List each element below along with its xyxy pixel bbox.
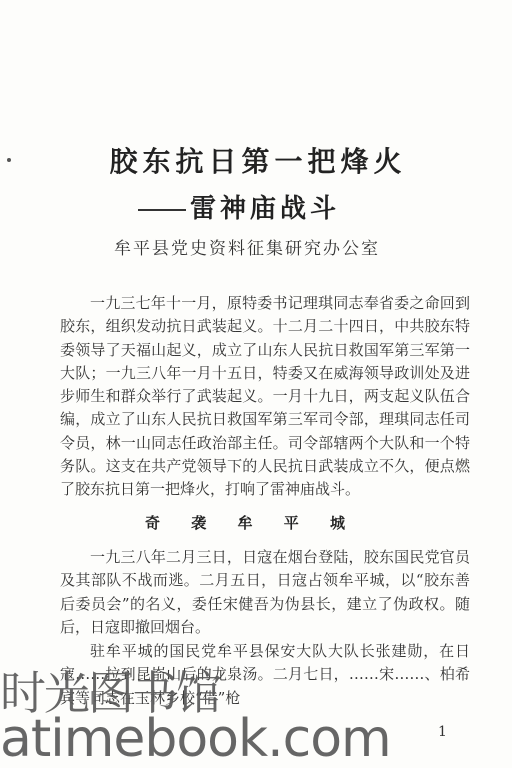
scan-speck (7, 158, 11, 162)
dash-rule (138, 209, 186, 211)
section-heading: 奇 袭 牟 平 城 (145, 512, 345, 533)
paragraph: 一九三七年十一月，原特委书记理琪同志奉省委之命回到胶东，组织发动抗日武装起义。十… (60, 292, 470, 502)
article-subtitle: 雷神庙战斗 (138, 188, 438, 225)
document-page: 胶东抗日第一把烽火 雷神庙战斗 牟平县党史资料征集研究办公室 一九三七年十一月，… (0, 0, 512, 768)
section-heading-char: 平 (284, 512, 299, 533)
article-title: 胶东抗日第一把烽火 (88, 140, 428, 180)
section-heading-char: 袭 (191, 512, 206, 533)
subtitle-text: 雷神庙战斗 (190, 194, 340, 224)
page-number: 1 (438, 724, 447, 740)
paragraph: 一九三八年二月三日，日寇在烟台登陆，胶东国民党官员及其部队不战而逃。二月五日，日… (60, 546, 470, 639)
section-heading-char: 城 (330, 512, 345, 533)
watermark-url: atimebook.com (0, 710, 391, 768)
intro-section: 一九三七年十一月，原特委书记理琪同志奉省委之命回到胶东，组织发动抗日武装起义。十… (60, 292, 470, 502)
article-author: 牟平县党史资料征集研究办公室 (114, 234, 414, 259)
section-heading-char: 牟 (237, 512, 252, 533)
section-heading-char: 奇 (145, 512, 160, 533)
section-body: 一九三八年二月三日，日寇在烟台登陆，胶东国民党官员及其部队不战而逃。二月五日，日… (60, 546, 470, 639)
